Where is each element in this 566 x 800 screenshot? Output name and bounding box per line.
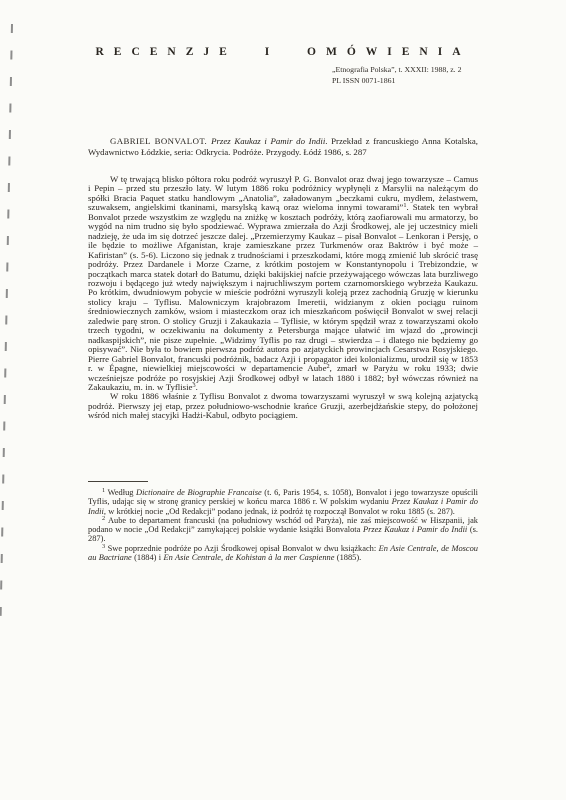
review-book-title: Przez Kaukaz i Pamir do Indii [211, 136, 325, 146]
footnote-3-text: Swe poprzednie podróże po Azji Środkowej… [105, 544, 379, 553]
footnote-1: 1 Według Dictionaire de Biographie Franc… [88, 488, 478, 516]
review-body: W tę trwającą blisko półtora roku podróż… [88, 175, 478, 421]
journal-title-line: „Etnografia Polska”, t. XXXII: 1988, z. … [332, 64, 492, 75]
footnote-1-marker: 1 [102, 487, 105, 494]
footnote-1-cited-title: Dictionaire de Biographie Francaise [136, 488, 262, 497]
paragraph-1: W tę trwającą blisko półtora roku podróż… [88, 175, 478, 392]
paragraph-2-text: W roku 1886 właśnie z Tyflisu Bonvalot z… [88, 391, 478, 420]
footnote-3-marker: 3 [102, 543, 105, 550]
footnote-1-text: Według [105, 488, 136, 497]
footnote-2-cited-title: Przez Kaukaz i Pamir do Indii [363, 525, 467, 534]
scanned-journal-page: RECENZJE I OMÓWIENIA „Etnografia Polska”… [0, 0, 566, 800]
footnote-1-text: , w krótkiej nocie „Od Redakcji” podano … [104, 507, 455, 516]
footnote-2-marker: 2 [102, 515, 105, 522]
footnote-3-text: (1885). [334, 553, 361, 562]
footnote-3-cited-title: En Asie Centrale, de Kohistan à la mer C… [163, 553, 334, 562]
paragraph-2: W roku 1886 właśnie z Tyflisu Bonvalot z… [88, 392, 478, 420]
footnote-3-text: (1884) i [132, 553, 164, 562]
footnote-ref-2: 2 [326, 363, 329, 370]
footnote-2: 2 Aube to departament francuski (na połu… [88, 516, 478, 544]
paragraph-1-text: . Statek ten wybrał Bonvalot przede wszy… [88, 202, 478, 373]
review-heading: GABRIEL BONVALOT. Przez Kaukaz i Pamir d… [88, 136, 478, 158]
journal-reference: „Etnografia Polska”, t. XXXII: 1988, z. … [332, 64, 492, 86]
footnote-ref-3: 3 [192, 382, 195, 389]
binding-perforation-marks [0, 24, 13, 616]
section-title: RECENZJE I OMÓWIENIA [88, 46, 478, 58]
footnote-3: 3 Swe poprzednie podróże po Azji Środkow… [88, 544, 478, 563]
issn-line: PL ISSN 0071-1861 [332, 75, 492, 86]
footnotes-section: 1 Według Dictionaire de Biographie Franc… [88, 481, 478, 562]
footnote-separator [88, 481, 148, 482]
review-author: GABRIEL BONVALOT. [110, 136, 211, 146]
